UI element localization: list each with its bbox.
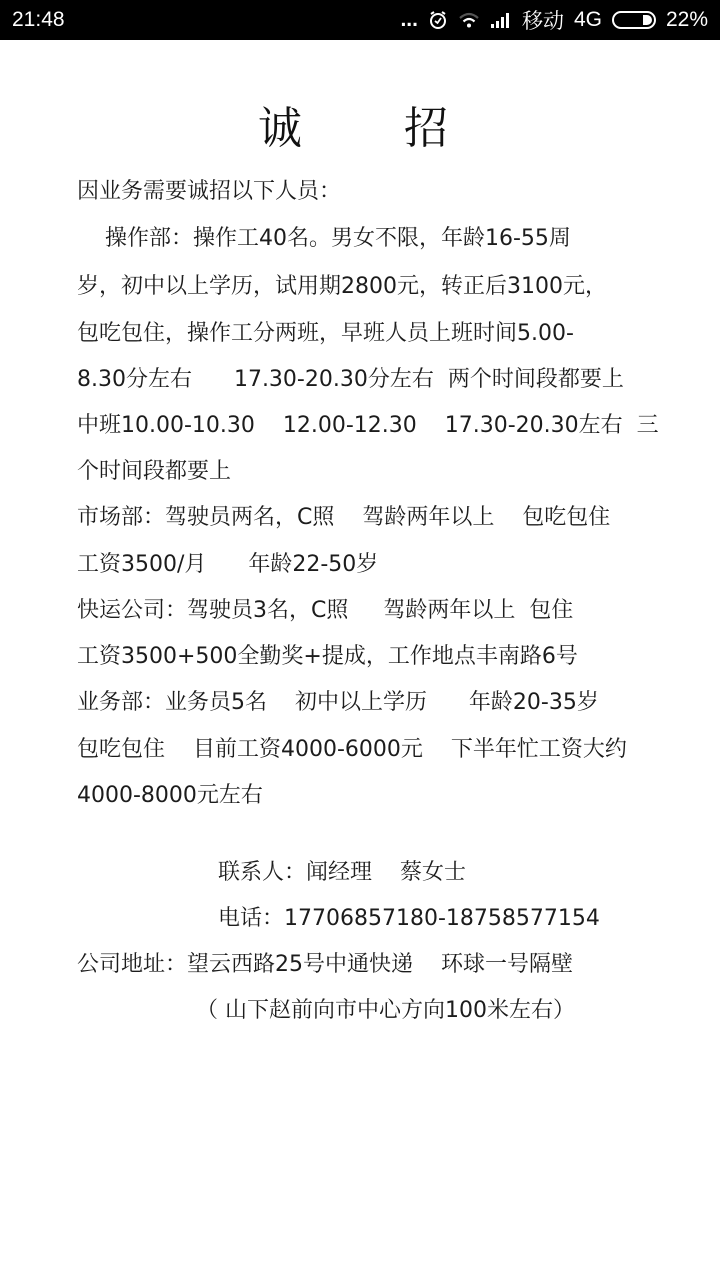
wifi-icon: [458, 11, 480, 29]
clock: 21:48: [12, 8, 65, 32]
body-line: 4000-8000元左右: [77, 778, 263, 809]
body-line: 操作部：操作工40名。男女不限，年龄16-55周: [77, 221, 571, 252]
body-line: 包吃包住 目前工资4000-6000元 下半年忙工资大约: [77, 732, 627, 763]
body-line: 包吃包住，操作工分两班，早班人员上班时间5.00-: [77, 316, 574, 347]
intro-text: 因业务需要诚招以下人员：: [77, 174, 341, 205]
battery-icon: [612, 11, 656, 29]
contact-person: 联系人：闻经理 蔡女士: [218, 855, 466, 886]
body-line: 个时间段都要上: [77, 454, 231, 485]
alarm-icon: [428, 10, 448, 30]
more-notifications-icon: ...: [400, 8, 418, 32]
company-address: 公司地址：望云西路25号中通快递 环球一号隔壁: [77, 947, 573, 978]
address-note: （ 山下赵前向市中心方向100米左右）: [196, 993, 575, 1024]
body-line: 工资3500+500全勤奖+提成，工作地点丰南路6号: [77, 639, 578, 670]
signal-icon: [490, 12, 512, 28]
body-line: 岁，初中以上学历，试用期2800元，转正后3100元，: [77, 269, 607, 300]
contact-phone: 电话：17706857180-18758577154: [218, 901, 600, 932]
battery-percent: 22%: [666, 8, 708, 32]
carrier-label: 移动: [522, 5, 564, 35]
body-line: 工资3500/月 年龄22-50岁: [77, 547, 378, 578]
body-line: 市场部：驾驶员两名，C照 驾龄两年以上 包吃包住: [77, 500, 610, 531]
body-line: 中班10.00-10.30 12.00-12.30 17.30-20.30左右 …: [77, 408, 659, 439]
status-bar: 21:48 ... 移动 4G 22%: [0, 0, 720, 40]
body-line: 业务部：业务员5名 初中以上学历 年龄20-35岁: [77, 685, 599, 716]
poster-title: 诚 招: [0, 92, 720, 156]
network-type: 4G: [574, 8, 602, 32]
body-line: 8.30分左右 17.30-20.30分左右 两个时间段都要上: [77, 362, 624, 393]
body-line: 快运公司：驾驶员3名，C照 驾龄两年以上 包住: [77, 593, 573, 624]
